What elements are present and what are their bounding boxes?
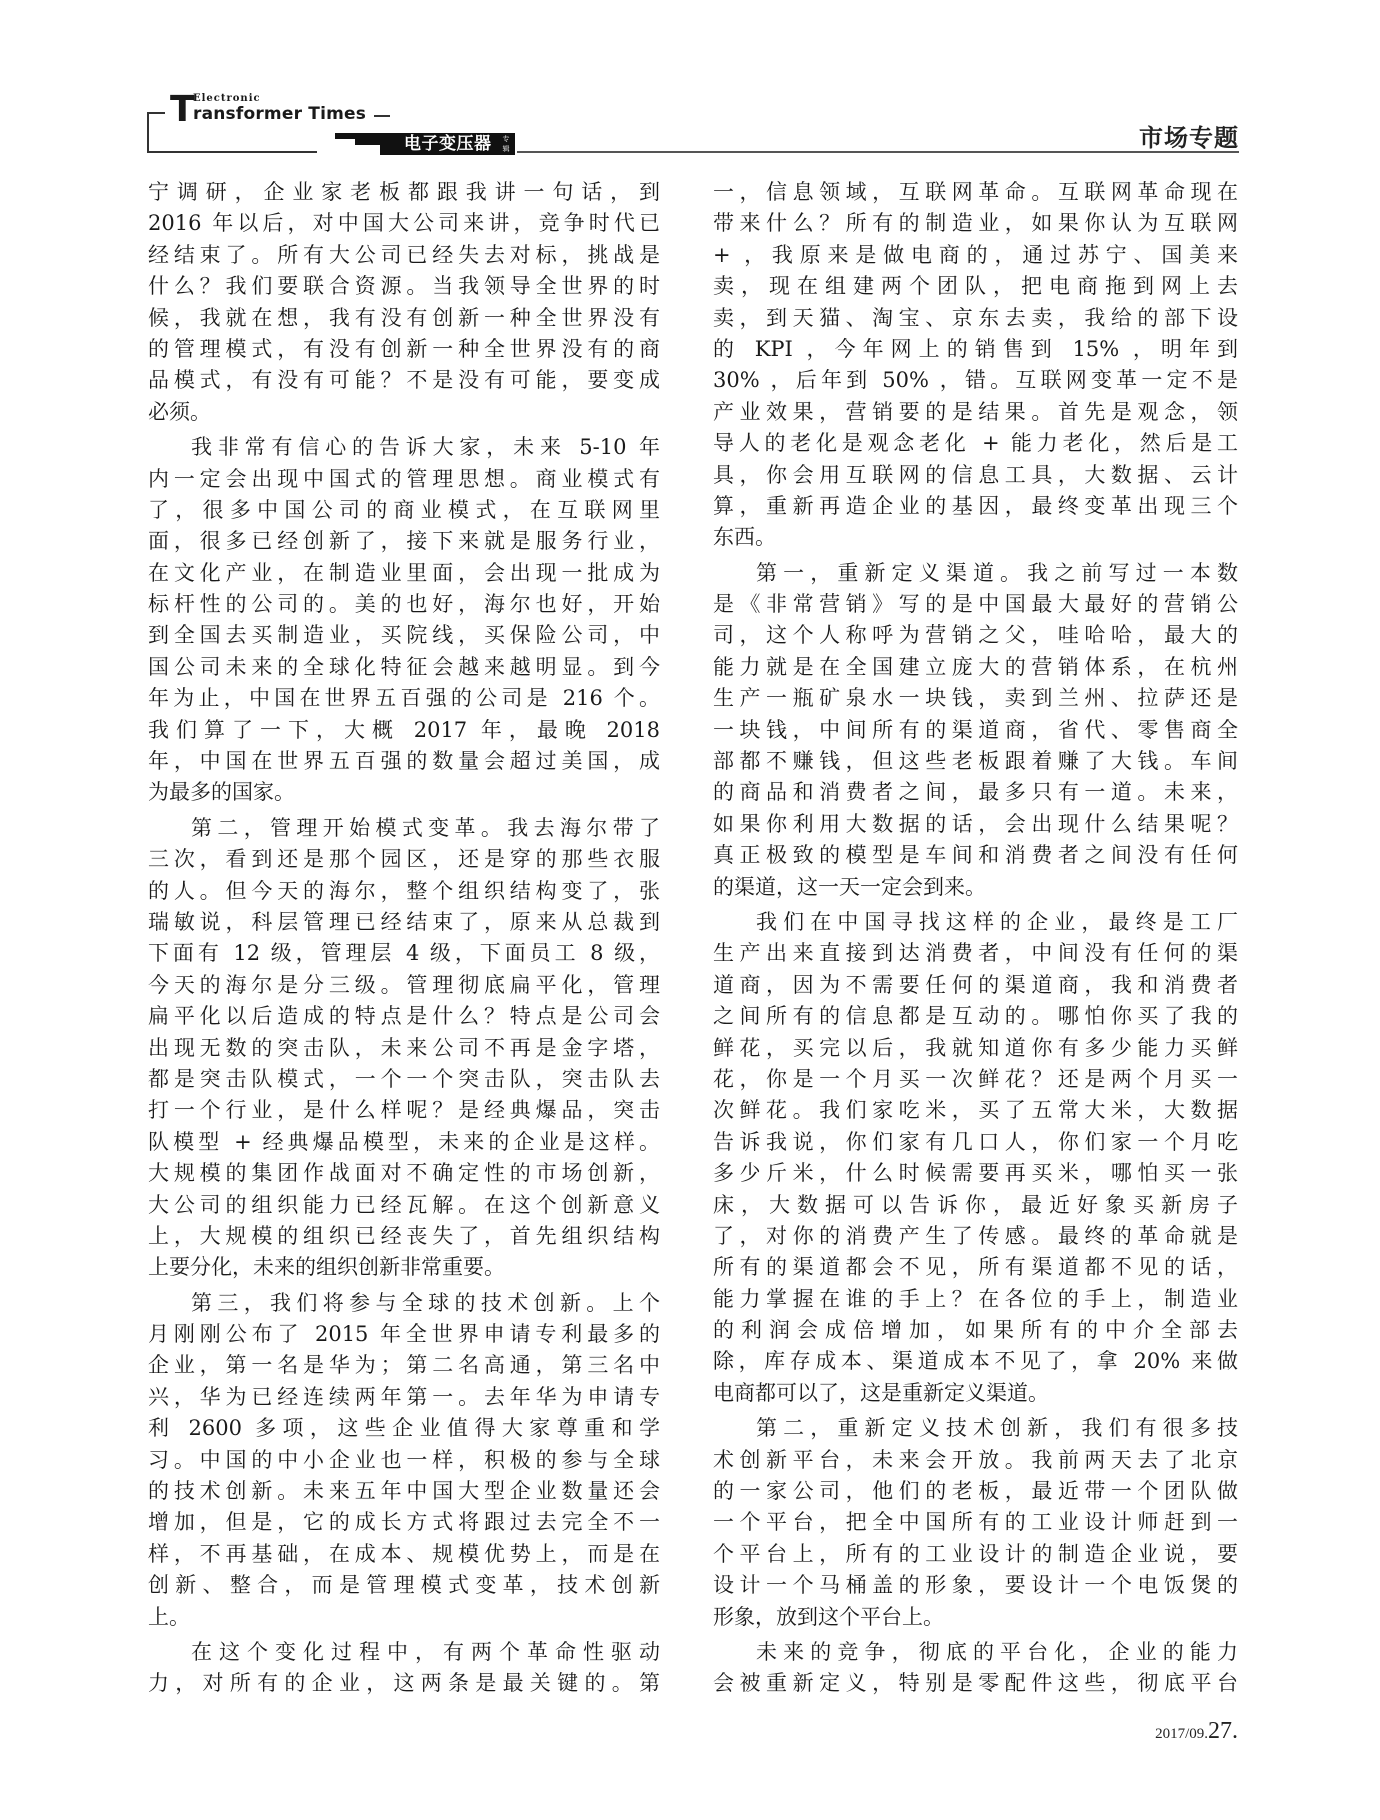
text-line: 2016 年以后，对中国大公司来讲，竞争时代已 (148, 208, 660, 239)
text-line: 所有的渠道都会不见，所有渠道都不见的话， (713, 1252, 1238, 1283)
text-line: 道商，因为不需要任何的渠道商，我和消费者 (713, 970, 1238, 1001)
issue-date: 2017/09. (1155, 1726, 1208, 1742)
text-line: + ，我原来是做电商的，通过苏宁、国美来 (713, 240, 1238, 271)
paragraph: 在这个变化过程中，有两个革命性驱动力，对所有的企业，这两条是最关键的。第 (148, 1637, 660, 1700)
text-line: 鲜花，买完以后，我就知道你有多少能力买鲜 (713, 1033, 1238, 1064)
text-line: 东西。 (713, 522, 1238, 553)
paragraph: 第二，管理开始模式变革。我去海尔带了三次，看到还是那个园区，还是穿的那些衣服的人… (148, 813, 660, 1284)
text-line: 必须。 (148, 397, 660, 428)
text-line: 的技术创新。未来五年中国大型企业数量还会 (148, 1476, 660, 1507)
text-line: 瑞敏说，科层管理已经结束了，原来从总裁到 (148, 907, 660, 938)
text-line: 一个平台，把全中国所有的工业设计师赶到一 (713, 1507, 1238, 1538)
text-line: 我们算了一下，大概 2017 年，最晚 2018 (148, 715, 660, 746)
text-line: 的 KPI ，今年网上的销售到 15% ，明年到 (713, 334, 1238, 365)
text-line: 除，库存成本、渠道成本不见了，拿 20% 来做 (713, 1346, 1238, 1377)
text-line: 如果你利用大数据的话，会出现什么结果呢？ (713, 809, 1238, 840)
text-line: 的渠道，这一天一定会到来。 (713, 872, 1238, 903)
text-line: 打一个行业，是什么样呢？是经典爆品，突击 (148, 1095, 660, 1126)
text-line: 会被重新定义，特别是零配件这些，彻底平台 (713, 1668, 1238, 1699)
section-title: 市场专题 (1139, 118, 1239, 153)
text-line: 具，你会用互联网的信息工具，大数据、云计 (713, 460, 1238, 491)
paragraph: 未来的竞争，彻底的平台化，企业的能力会被重新定义，特别是零配件这些，彻底平台 (713, 1637, 1238, 1700)
page-number: 27. (1208, 1718, 1238, 1744)
text-line: 形象，放到这个平台上。 (713, 1602, 1238, 1633)
page-folio: 2017/09.27. (1155, 1718, 1238, 1745)
text-line: 次鲜花。我们家吃米，买了五常大米，大数据 (713, 1095, 1238, 1126)
text-line: 上要分化，未来的组织创新非常重要。 (148, 1252, 660, 1283)
text-line: 的人。但今天的海尔，整个组织结构变了，张 (148, 876, 660, 907)
text-line: 了，对你的消费产生了传感。最终的革命就是 (713, 1221, 1238, 1252)
text-line: 三次，看到还是那个园区，还是穿的那些衣服 (148, 844, 660, 875)
text-line: 之间所有的信息都是互动的。哪怕你买了我的 (713, 1001, 1238, 1032)
text-line: 宁调研，企业家老板都跟我讲一句话，到 (148, 177, 660, 208)
text-line: 卖，现在组建两个团队，把电商拖到网上去 (713, 271, 1238, 302)
text-line: 年，中国在世界五百强的数量会超过美国，成 (148, 746, 660, 777)
logo-title: ransformer Times (193, 104, 366, 124)
text-line: 部都不赚钱，但这些老板跟着赚了大钱。车间 (713, 746, 1238, 777)
header-frame-rule (147, 112, 149, 152)
text-line: 为最多的国家。 (148, 777, 660, 808)
text-line: 第二，重新定义技术创新，我们有很多技 (713, 1413, 1238, 1444)
text-line: 的一家公司，他们的老板，最近带一个团队做 (713, 1476, 1238, 1507)
text-line: 创新、整合，而是管理模式变革，技术创新 (148, 1570, 660, 1601)
text-line: 在文化产业，在制造业里面，会出现一批成为 (148, 558, 660, 589)
text-line: 出现无数的突击队，未来公司不再是金字塔， (148, 1033, 660, 1064)
text-line: 30% ，后年到 50% ，错。互联网变革一定不是 (713, 365, 1238, 396)
text-line: 花，你是一个月买一次鲜花？还是两个月买一 (713, 1064, 1238, 1095)
text-line: 兴，华为已经连续两年第一。去年华为申请专 (148, 1382, 660, 1413)
text-line: 国公司未来的全球化特征会越来越明显。到今 (148, 652, 660, 683)
text-line: 司，这个人称呼为营销之父，哇哈哈，最大的 (713, 620, 1238, 651)
text-line: 内一定会出现中国式的管理思想。商业模式有 (148, 464, 660, 495)
text-line: 第一，重新定义渠道。我之前写过一本数 (713, 558, 1238, 589)
text-line: 电商都可以了，这是重新定义渠道。 (713, 1378, 1238, 1409)
text-line: 一块钱，中间所有的渠道商，省代、零售商全 (713, 715, 1238, 746)
paragraph: 第三，我们将参与全球的技术创新。上个月刚刚公布了 2015 年全世界申请专利最多… (148, 1288, 660, 1633)
text-line: 力，对所有的企业，这两条是最关键的。第 (148, 1668, 660, 1699)
paragraph: 一，信息领域，互联网革命。互联网革命现在带来什么？所有的制造业，如果你认为互联网… (713, 177, 1238, 554)
text-line: 卖，到天猫、淘宝、京东去卖，我给的部下设 (713, 303, 1238, 334)
text-line: 扁平化以后造成的特点是什么？特点是公司会 (148, 1001, 660, 1032)
article-column-left: 宁调研，企业家老板都跟我讲一句话，到2016 年以后，对中国大公司来讲，竞争时代… (148, 177, 660, 1704)
text-line: 带来什么？所有的制造业，如果你认为互联网 (713, 208, 1238, 239)
text-line: 算，重新再造企业的基因，最终变革出现三个 (713, 491, 1238, 522)
text-line: 经结束了。所有大公司已经失去对标，挑战是 (148, 240, 660, 271)
text-line: 候，我就在想，我有没有创新一种全世界没有 (148, 303, 660, 334)
text-line: 能力就是在全国建立庞大的营销体系，在杭州 (713, 652, 1238, 683)
text-line: 的利润会成倍增加，如果所有的中介全部去 (713, 1315, 1238, 1346)
text-line: 产业效果，营销要的是结果。首先是观念，领 (713, 397, 1238, 428)
text-line: 什么？我们要联合资源。当我领导全世界的时 (148, 271, 660, 302)
text-line: 导人的老化是观念老化 + 能力老化，然后是工 (713, 428, 1238, 459)
text-line: 第二，管理开始模式变革。我去海尔带了 (148, 813, 660, 844)
paragraph: 我非常有信心的告诉大家，未来 5-10 年内一定会出现中国式的管理思想。商业模式… (148, 432, 660, 809)
header-dash-rule (374, 115, 390, 117)
text-line: 月刚刚公布了 2015 年全世界申请专利最多的 (148, 1319, 660, 1350)
text-line: 真正极致的模型是车间和消费者之间没有任何 (713, 840, 1238, 871)
text-line: 队模型 + 经典爆品模型，未来的企业是这样。 (148, 1127, 660, 1158)
text-line: 生产一瓶矿泉水一块钱，卖到兰州、拉萨还是 (713, 683, 1238, 714)
text-line: 大规模的集团作战面对不确定性的市场创新， (148, 1158, 660, 1189)
text-line: 我非常有信心的告诉大家，未来 5-10 年 (148, 432, 660, 463)
text-line: 个平台上，所有的工业设计的制造企业说，要 (713, 1539, 1238, 1570)
text-line: 今天的海尔是分三级。管理彻底扁平化，管理 (148, 970, 660, 1001)
text-line: 第三，我们将参与全球的技术创新。上个 (148, 1288, 660, 1319)
text-line: 多少斤米，什么时候需要再买米，哪怕买一张 (713, 1158, 1238, 1189)
text-line: 上，大规模的组织已经丧失了，首先组织结构 (148, 1221, 660, 1252)
header-frame-rule (147, 112, 165, 114)
text-line: 年为止，中国在世界五百强的公司是 216 个。 (148, 683, 660, 714)
logo-subtitle: Electronic (193, 93, 261, 104)
magazine-name: 电子变压器 (404, 134, 492, 155)
text-line: 是《非常营销》写的是中国最大最好的营销公 (713, 589, 1238, 620)
text-line: 的管理模式，有没有创新一种全世界没有的商 (148, 334, 660, 365)
text-line: 到全国去买制造业，买院线，买保险公司，中 (148, 620, 660, 651)
text-line: 未来的竞争，彻底的平台化，企业的能力 (713, 1637, 1238, 1668)
text-line: 了，很多中国公司的商业模式，在互联网里 (148, 495, 660, 526)
text-line: 品模式，有没有可能？不是没有可能，要变成 (148, 365, 660, 396)
text-line: 企业，第一名是华为；第二名高通，第三名中 (148, 1350, 660, 1381)
logo-initial: T (170, 92, 195, 128)
text-line: 大公司的组织能力已经瓦解。在这个创新意义 (148, 1190, 660, 1221)
text-line: 习。中国的中小企业也一样，积极的参与全球 (148, 1445, 660, 1476)
text-line: 利 2600 多项，这些企业值得大家尊重和学 (148, 1413, 660, 1444)
text-line: 一，信息领域，互联网革命。互联网革命现在 (713, 177, 1238, 208)
text-line: 的商品和消费者之间，最多只有一道。未来， (713, 777, 1238, 808)
text-line: 设计一个马桶盖的形象，要设计一个电饭煲的 (713, 1570, 1238, 1601)
paragraph: 我们在中国寻找这样的企业，最终是工厂生产出来直接到达消费者，中间没有任何的渠道商… (713, 907, 1238, 1409)
text-line: 下面有 12 级，管理层 4 级，下面员工 8 级， (148, 938, 660, 969)
text-line: 增加，但是，它的成长方式将跟过去完全不一 (148, 1507, 660, 1538)
text-line: 标杆性的公司的。美的也好，海尔也好，开始 (148, 589, 660, 620)
text-line: 生产出来直接到达消费者，中间没有任何的渠 (713, 938, 1238, 969)
paragraph: 宁调研，企业家老板都跟我讲一句话，到2016 年以后，对中国大公司来讲，竞争时代… (148, 177, 660, 428)
text-line: 我们在中国寻找这样的企业，最终是工厂 (713, 907, 1238, 938)
text-line: 术创新平台，未来会开放。我前两天去了北京 (713, 1445, 1238, 1476)
paragraph: 第二，重新定义技术创新，我们有很多技术创新平台，未来会开放。我前两天去了北京的一… (713, 1413, 1238, 1633)
text-line: 能力掌握在谁的手上？在各位的手上，制造业 (713, 1284, 1238, 1315)
text-line: 在这个变化过程中，有两个革命性驱动 (148, 1637, 660, 1668)
text-line: 面，很多已经创新了，接下来就是服务行业， (148, 526, 660, 557)
header-rule (517, 151, 1239, 153)
text-line: 样，不再基础，在成本、规模优势上，而是在 (148, 1539, 660, 1570)
text-line: 床，大数据可以告诉你，最近好象买新房子 (713, 1190, 1238, 1221)
article-column-right: 一，信息领域，互联网革命。互联网革命现在带来什么？所有的制造业，如果你认为互联网… (713, 177, 1238, 1704)
magazine-edition-label: 专辑 (500, 134, 512, 154)
text-line: 上。 (148, 1602, 660, 1633)
text-line: 都是突击队模式，一个一个突击队，突击队去 (148, 1064, 660, 1095)
text-line: 告诉我说，你们家有几口人，你们家一个月吃 (713, 1127, 1238, 1158)
header-frame-rule (147, 151, 317, 153)
paragraph: 第一，重新定义渠道。我之前写过一本数是《非常营销》写的是中国最大最好的营销公司，… (713, 558, 1238, 903)
